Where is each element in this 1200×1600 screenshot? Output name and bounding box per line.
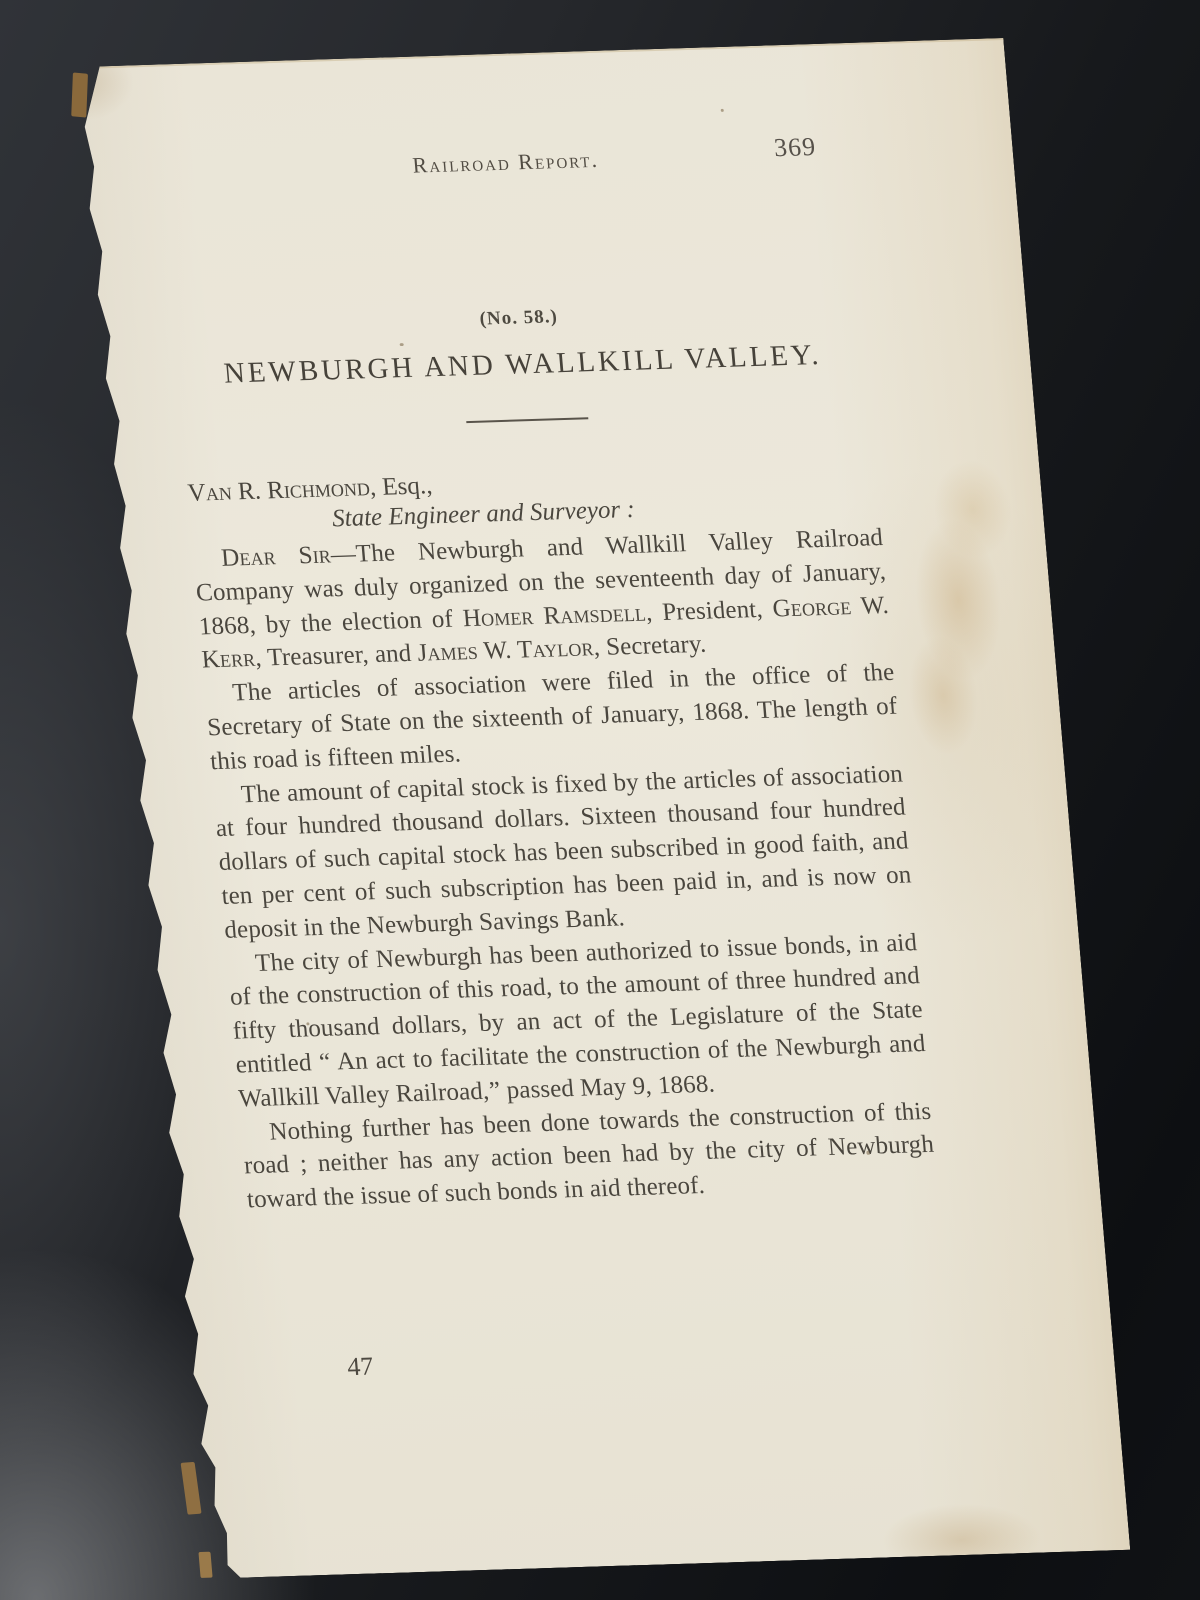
page-number-bottom: 47: [346, 1333, 952, 1382]
page-number-top: 369: [773, 132, 817, 163]
paragraph: Dear Sir—The Newburgh and Wallkill Valle…: [192, 521, 893, 678]
paragraph-segment: The city of Newburgh has been authorized…: [229, 929, 927, 1113]
paragraph: Nothing further has been done towards th…: [240, 1094, 938, 1217]
binding-remnant: [181, 1462, 202, 1515]
paragraph-segment: Dear Sir: [220, 541, 332, 571]
paper-sheet: Railroad Report. 369 (No. 58.) NEWBURGH …: [74, 38, 1130, 1579]
photo-backdrop: { "colors": { "backdrop": "#17191c", "pa…: [0, 0, 1200, 1600]
document-title: NEWBURGH AND WALLKILL VALLEY.: [176, 334, 869, 394]
running-header: Railroad Report.: [411, 147, 599, 178]
paragraph-segment: , Treasurer, and: [254, 640, 419, 672]
paragraph-segment: The amount of capital stock is fixed by …: [215, 760, 913, 944]
body-paragraphs: Dear Sir—The Newburgh and Wallkill Valle…: [192, 521, 938, 1217]
paragraph-segment: , President,: [645, 595, 774, 626]
salutation-name-suffix: Esq.,: [375, 472, 433, 501]
title-divider-rule: [466, 417, 588, 423]
paragraph-segment: Nothing further has been done towards th…: [243, 1097, 935, 1213]
paragraph-segment: , Secretary.: [592, 631, 707, 661]
page-content: Railroad Report. 369 (No. 58.) NEWBURGH …: [152, 43, 953, 1385]
paragraph-segment: James W. Taylor: [416, 635, 594, 667]
paragraph-segment: The articles of association were filed i…: [206, 659, 898, 775]
binding-remnant: [71, 73, 88, 118]
running-header-row: Railroad Report. 369: [160, 137, 852, 189]
salutation-name: Van R. Richmond,: [187, 474, 378, 507]
paragraph: The amount of capital stock is fixed by …: [212, 757, 916, 947]
paragraph-segment: Homer Ramsdell: [462, 599, 647, 632]
binding-remnant: [198, 1552, 212, 1578]
report-number: (No. 58.): [173, 295, 865, 343]
document-page: Railroad Report. 369 (No. 58.) NEWBURGH …: [74, 38, 1130, 1579]
paragraph: The city of Newburgh has been authorized…: [226, 926, 930, 1116]
